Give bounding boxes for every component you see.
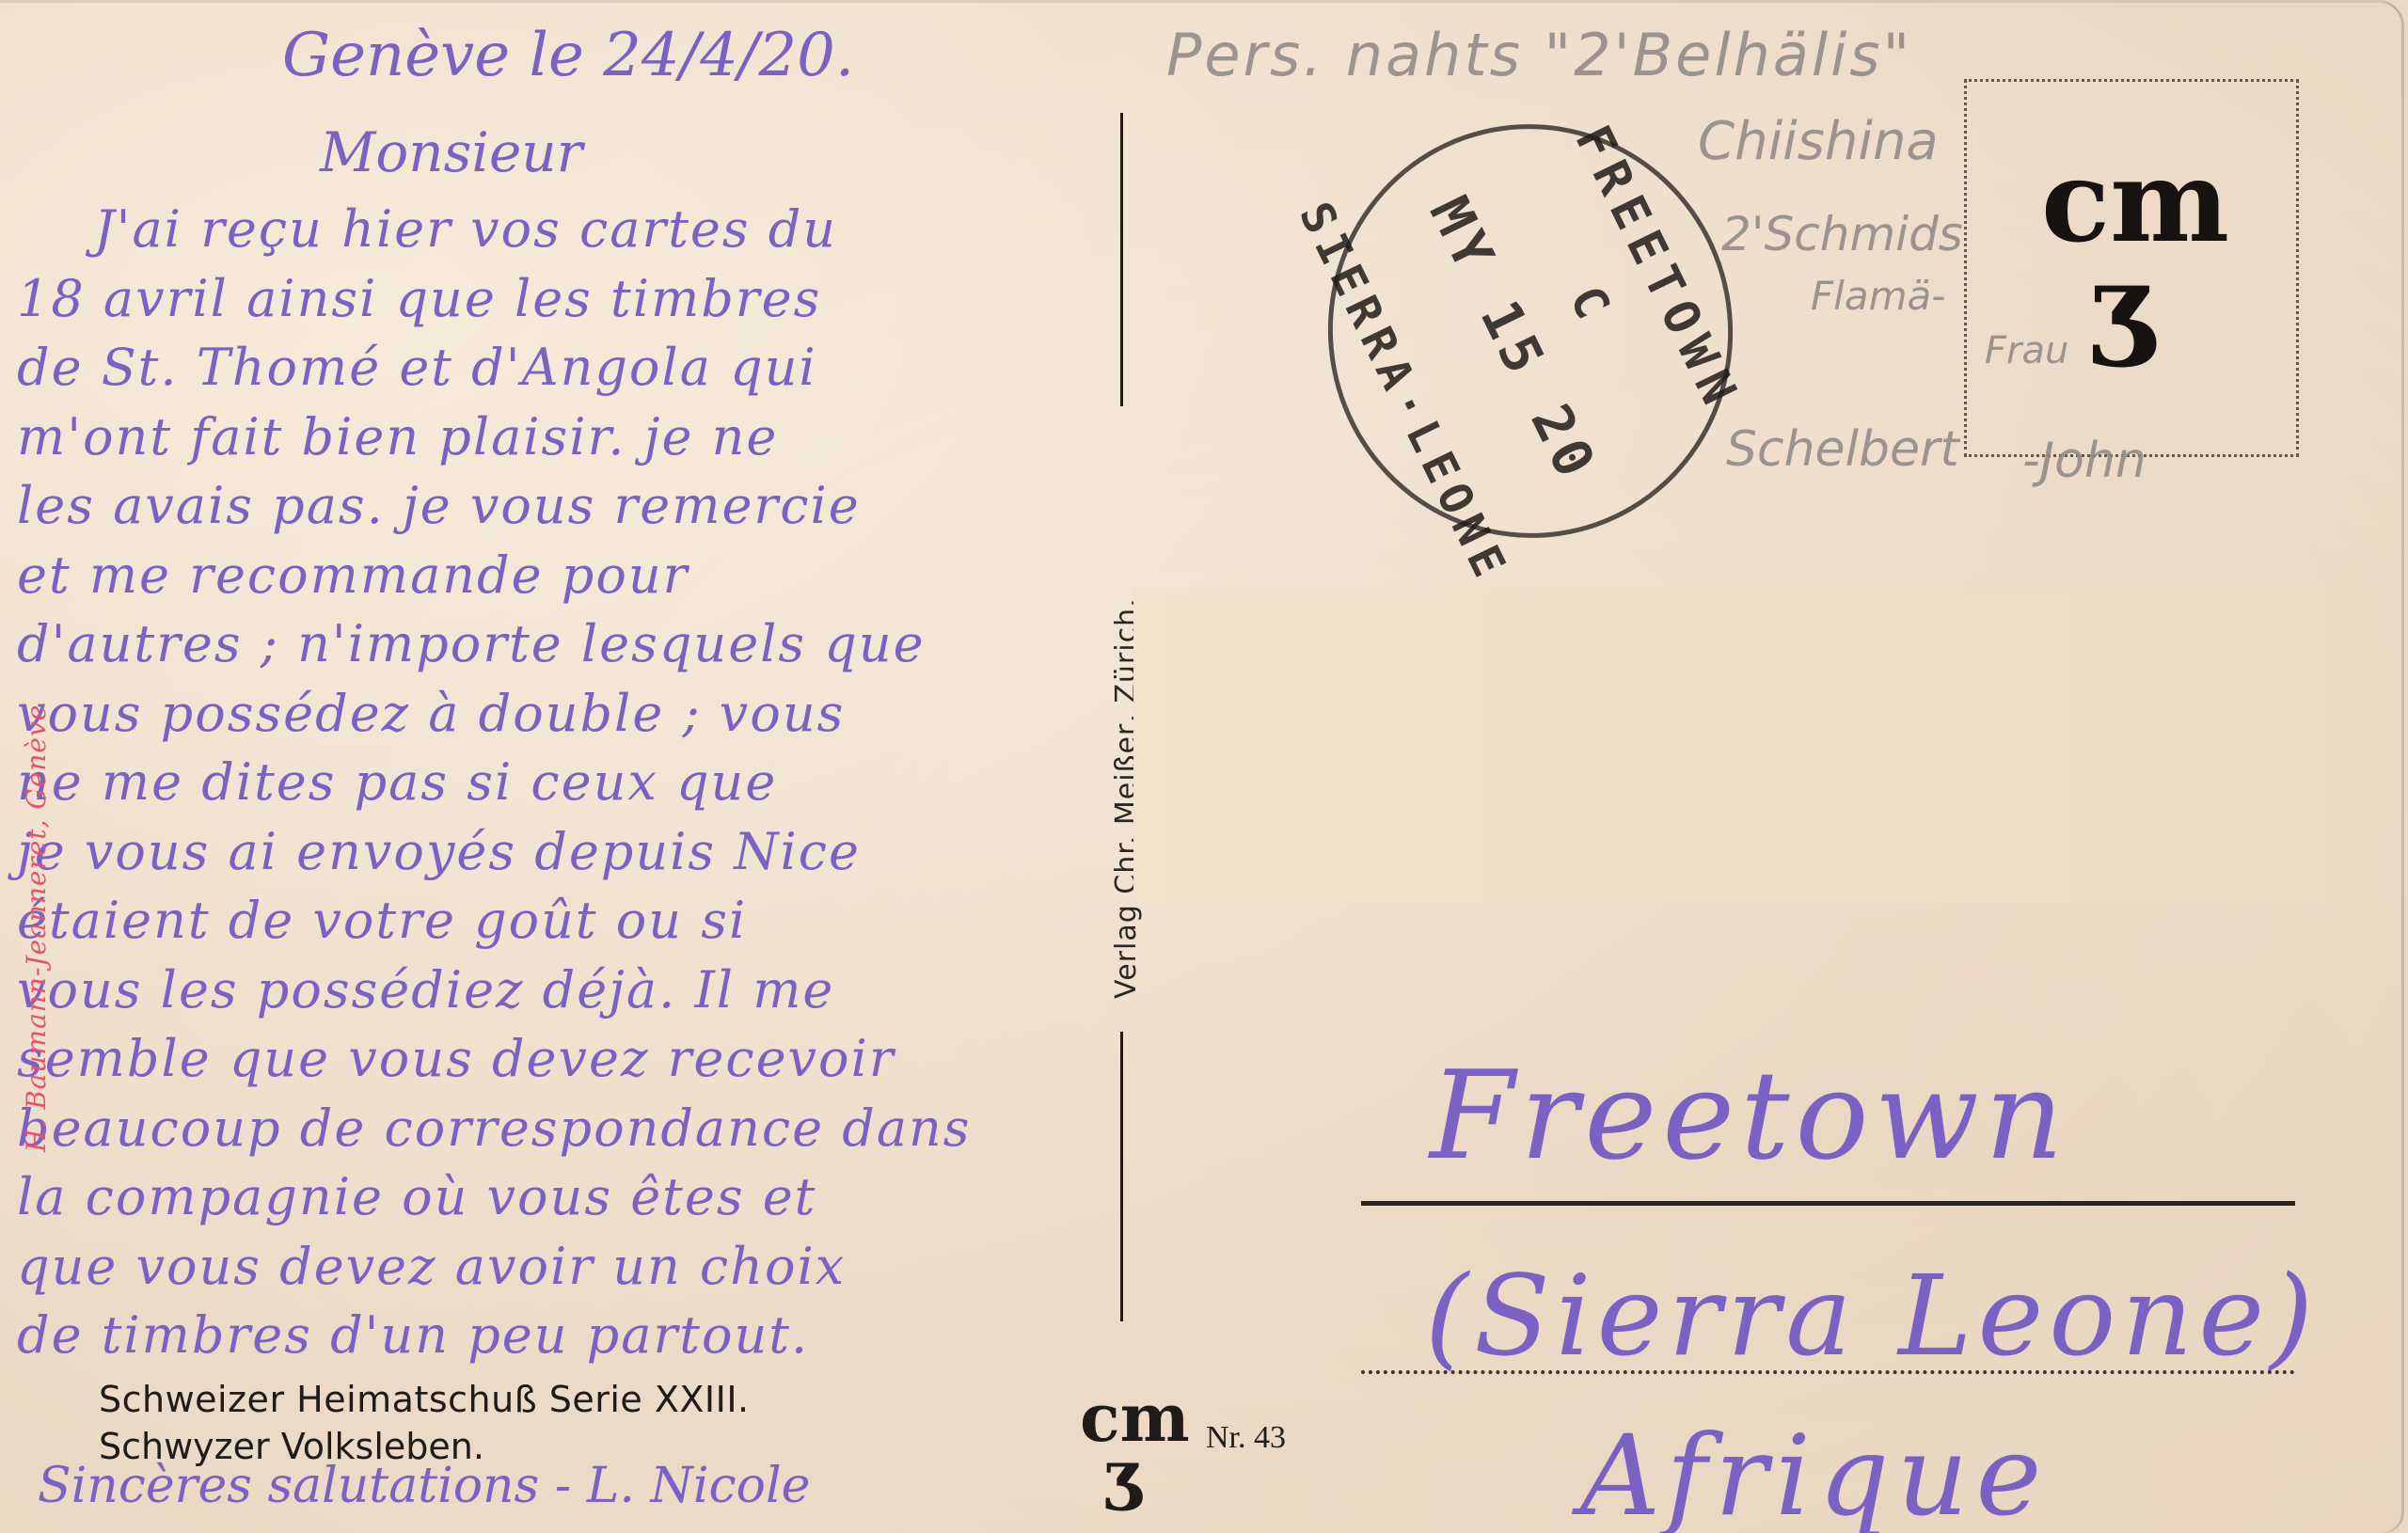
letter-line: et me recommande pour bbox=[17, 545, 689, 605]
pencil-note: -John bbox=[2022, 433, 2147, 489]
letter-line: de timbres d'un peu partout. bbox=[17, 1305, 809, 1365]
pencil-note: Chiishina bbox=[1698, 111, 1939, 172]
address-continent: Afrique bbox=[1580, 1411, 2049, 1533]
postmark-code: C bbox=[1559, 277, 1620, 326]
series-subtitle: Schwyzer Volksleben. bbox=[99, 1426, 484, 1467]
redacted-recipient bbox=[1133, 588, 2380, 903]
address-line-solid bbox=[1361, 1201, 2295, 1206]
letter-salutation: Monsieur bbox=[320, 120, 582, 184]
pencil-note: 2'Schmids bbox=[1721, 207, 1963, 261]
letter-line: d'autres ; n'importe lesquels que bbox=[17, 614, 926, 673]
letter-line: m'ont fait bien plaisir. je ne bbox=[17, 407, 778, 466]
divider-bottom bbox=[1120, 1032, 1123, 1321]
postcard-back: Genève le 24/4/20. Monsieur J'ai reçu hi… bbox=[0, 0, 2404, 1533]
letter-line: de St. Thomé et d'Angola qui bbox=[17, 338, 817, 397]
postmark: FREETOWN C MY 15 20 SIERRA·LEONE bbox=[1301, 98, 1759, 564]
letter-line: je vous ai envoyés depuis Nice bbox=[17, 822, 861, 881]
letter-line: J'ai reçu hier vos cartes du bbox=[94, 199, 837, 259]
pencil-note: Schelbert bbox=[1726, 421, 1959, 478]
letter-line: ne me dites pas si ceux que bbox=[17, 752, 777, 812]
publisher-monogram-small: ϲⅿ ʒ bbox=[1080, 1390, 1164, 1503]
letter-line: vous possédez à double ; vous bbox=[17, 684, 845, 743]
letter-line: que vous devez avoir un choix bbox=[17, 1237, 846, 1296]
letter-line: les avais pas. je vous remercie bbox=[17, 476, 861, 535]
pencil-note: Pers. nahts "2'Belhälis" bbox=[1166, 21, 1912, 89]
letter-line: 18 avril ainsi que les timbres bbox=[17, 269, 821, 328]
card-number: Nr. 43 bbox=[1206, 1420, 1286, 1456]
letter-line: semble que vous devez recevoir bbox=[17, 1029, 895, 1088]
divider-top bbox=[1120, 113, 1123, 406]
letter-line: étaient de votre goût ou si bbox=[17, 891, 747, 950]
monogram-z-icon: ʒ bbox=[2089, 239, 2153, 371]
series-title: Schweizer Heimatschuß Serie XXIII. bbox=[99, 1379, 750, 1420]
letter-line: la compagnie où vous êtes et bbox=[17, 1167, 816, 1226]
letter-line: beaucoup de correspondance dans bbox=[17, 1098, 972, 1158]
letter-line: vous les possédiez déjà. Il me bbox=[17, 960, 834, 1019]
publisher-monogram-large: ϲⅿ ʒ bbox=[2041, 150, 2201, 357]
photographer-stamp: H. Baumann-Jeanneret, Genève bbox=[21, 704, 52, 1152]
pencil-note: Flamä- bbox=[1811, 273, 1945, 319]
address-country: (Sierra Leone) bbox=[1425, 1251, 2319, 1381]
address-city: Freetown bbox=[1430, 1044, 2069, 1187]
letter-place-date: Genève le 24/4/20. bbox=[282, 21, 854, 90]
address-line-dotted bbox=[1361, 1370, 2295, 1374]
monogram-z-icon: ʒ bbox=[1103, 1435, 1141, 1513]
pencil-note: Frau bbox=[1985, 329, 2068, 372]
